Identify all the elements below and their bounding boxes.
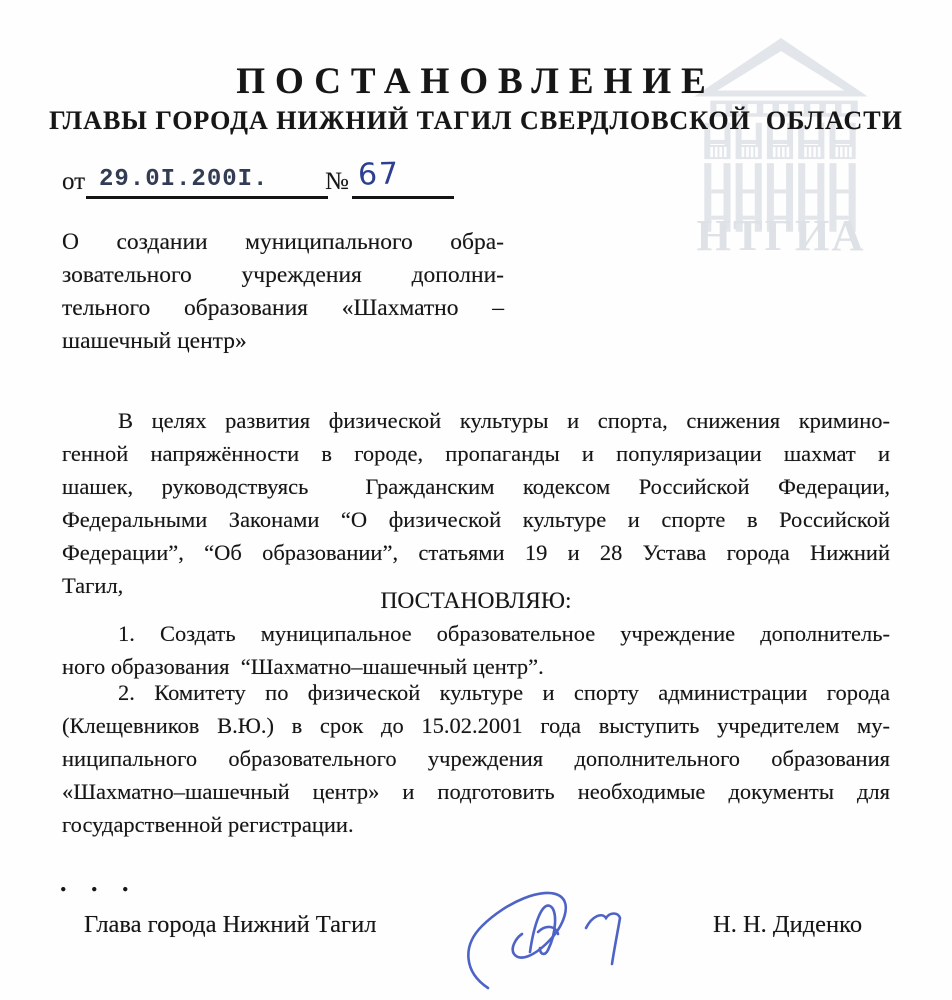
date-from-label: от xyxy=(62,168,85,196)
signature-scribble xyxy=(458,876,638,994)
signatory-position: Глава города Нижний Тагил xyxy=(84,911,376,939)
scanned-decree-page: НТГИА ПОСТАНОВЛЕНИЕ ГЛАВЫ ГОРОДА НИЖНИЙ … xyxy=(0,0,952,1000)
date-value: 29.0I.200I. xyxy=(99,166,268,193)
resolution-item-1: 1. Создать муниципальное образовательное… xyxy=(62,617,890,683)
number-value-handwritten: 67 xyxy=(357,156,400,192)
watermark-text: НТГИА xyxy=(696,210,865,256)
number-label: № xyxy=(325,168,349,196)
signatory-name: Н. Н. Диденко xyxy=(713,911,862,939)
page-title: ПОСТАНОВЛЕНИЕ xyxy=(0,62,952,102)
page-subtitle: ГЛАВЫ ГОРОДА НИЖНИЙ ТАГИЛ СВЕРДЛОВСКОЙ О… xyxy=(0,106,952,136)
subject-paragraph: О создании муниципального обра-зовательн… xyxy=(62,226,504,358)
signature-ink-icon xyxy=(458,876,638,994)
preamble-paragraph: В целях развития физической культуры и с… xyxy=(62,404,890,602)
resolve-heading: ПОСТАНОВЛЯЮ: xyxy=(62,585,890,618)
resolution-item-2: 2. Комитету по физической культуре и спо… xyxy=(62,676,890,841)
ellipsis-marker: . . . xyxy=(60,868,138,898)
